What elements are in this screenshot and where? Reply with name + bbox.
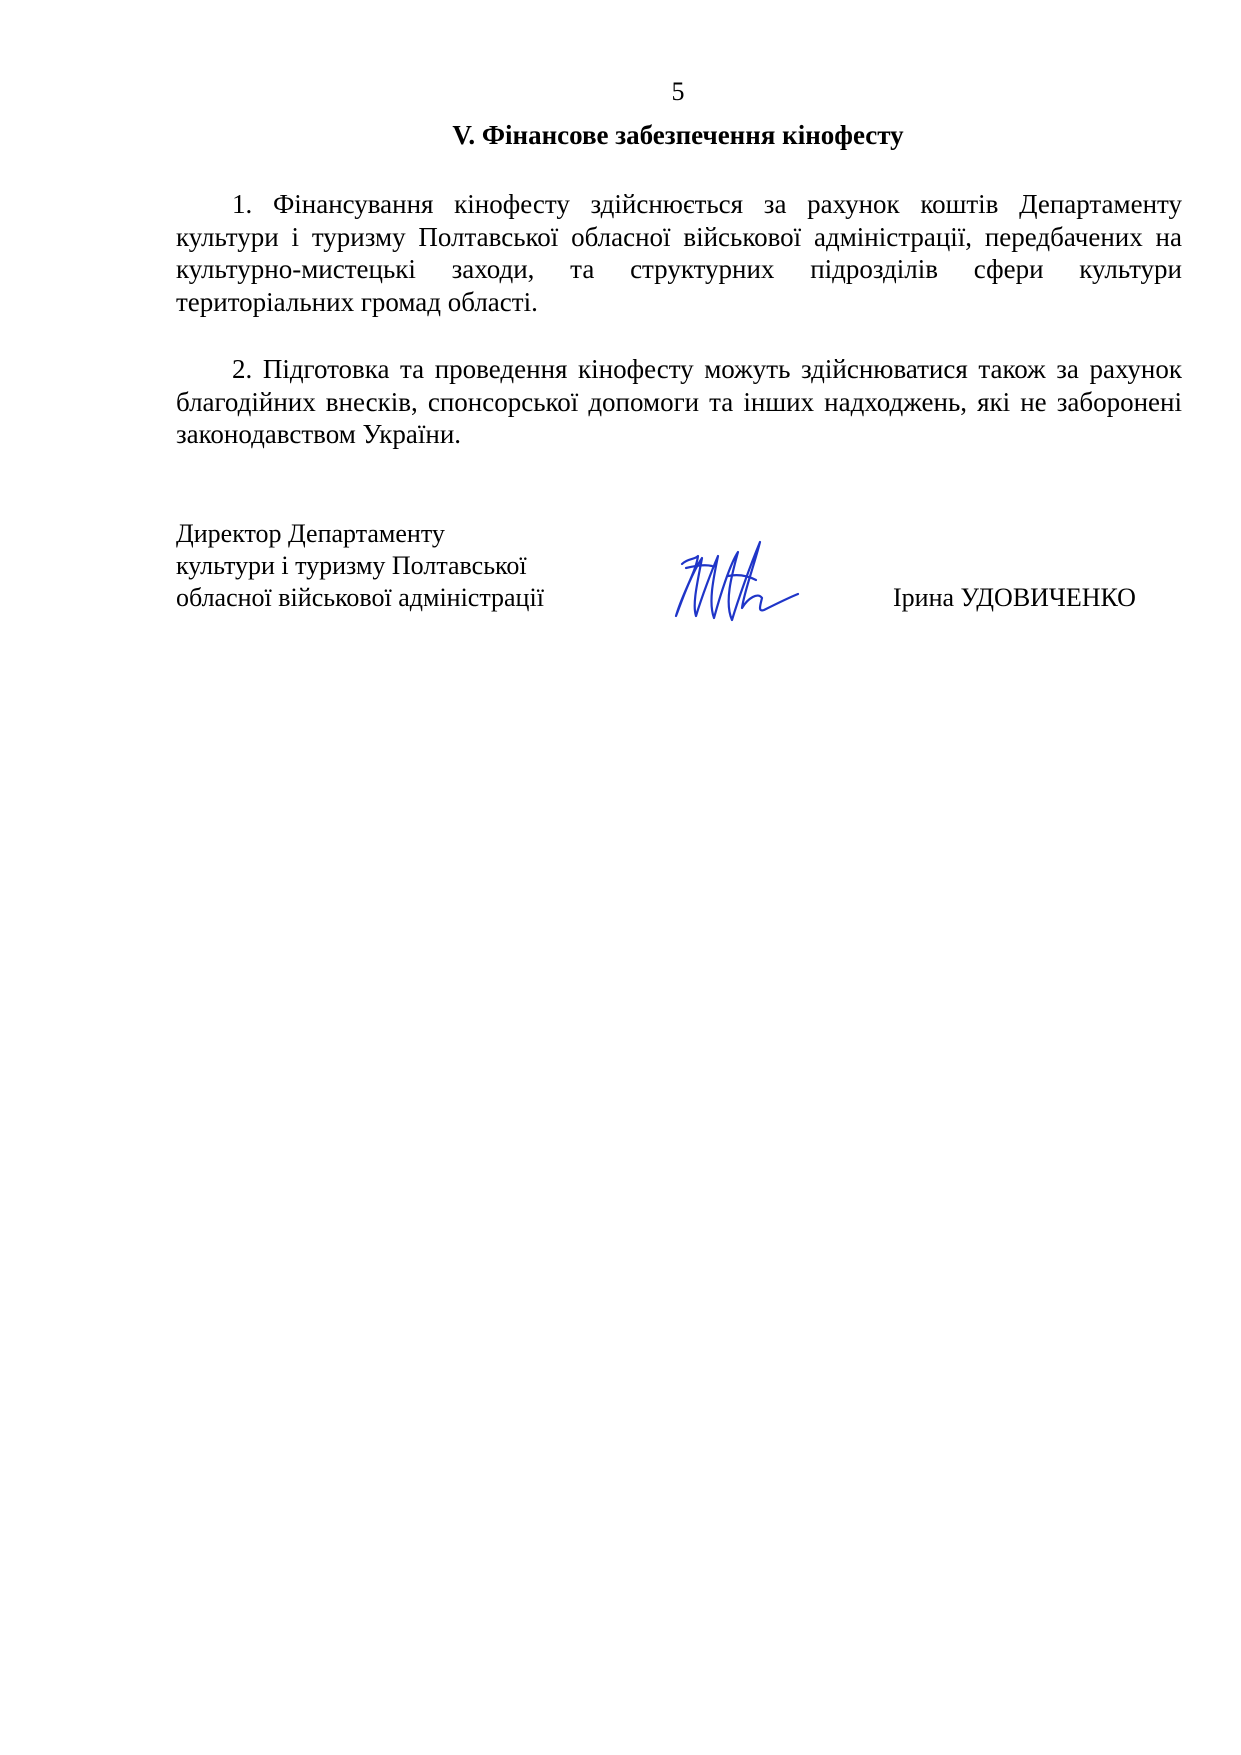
handwritten-signature-icon bbox=[668, 536, 804, 628]
signatory-position: Директор Департаменту культури і туризму… bbox=[176, 518, 544, 614]
signer-name: Ірина УДОВИЧЕНКО bbox=[893, 582, 1136, 614]
signatory-position-line: культури і туризму Полтавської bbox=[176, 550, 544, 582]
paragraph-1: 1. Фінансування кінофесту здійснюється з… bbox=[176, 188, 1182, 318]
paragraph-2: 2. Підготовка та проведення кінофесту мо… bbox=[176, 353, 1182, 451]
signatory-position-line: Директор Департаменту bbox=[176, 518, 544, 550]
signatory-position-line: обласної військової адміністрації bbox=[176, 582, 544, 614]
section-title: V. Фінансове забезпечення кінофесту bbox=[0, 119, 1241, 151]
page-number: 5 bbox=[0, 76, 1241, 108]
